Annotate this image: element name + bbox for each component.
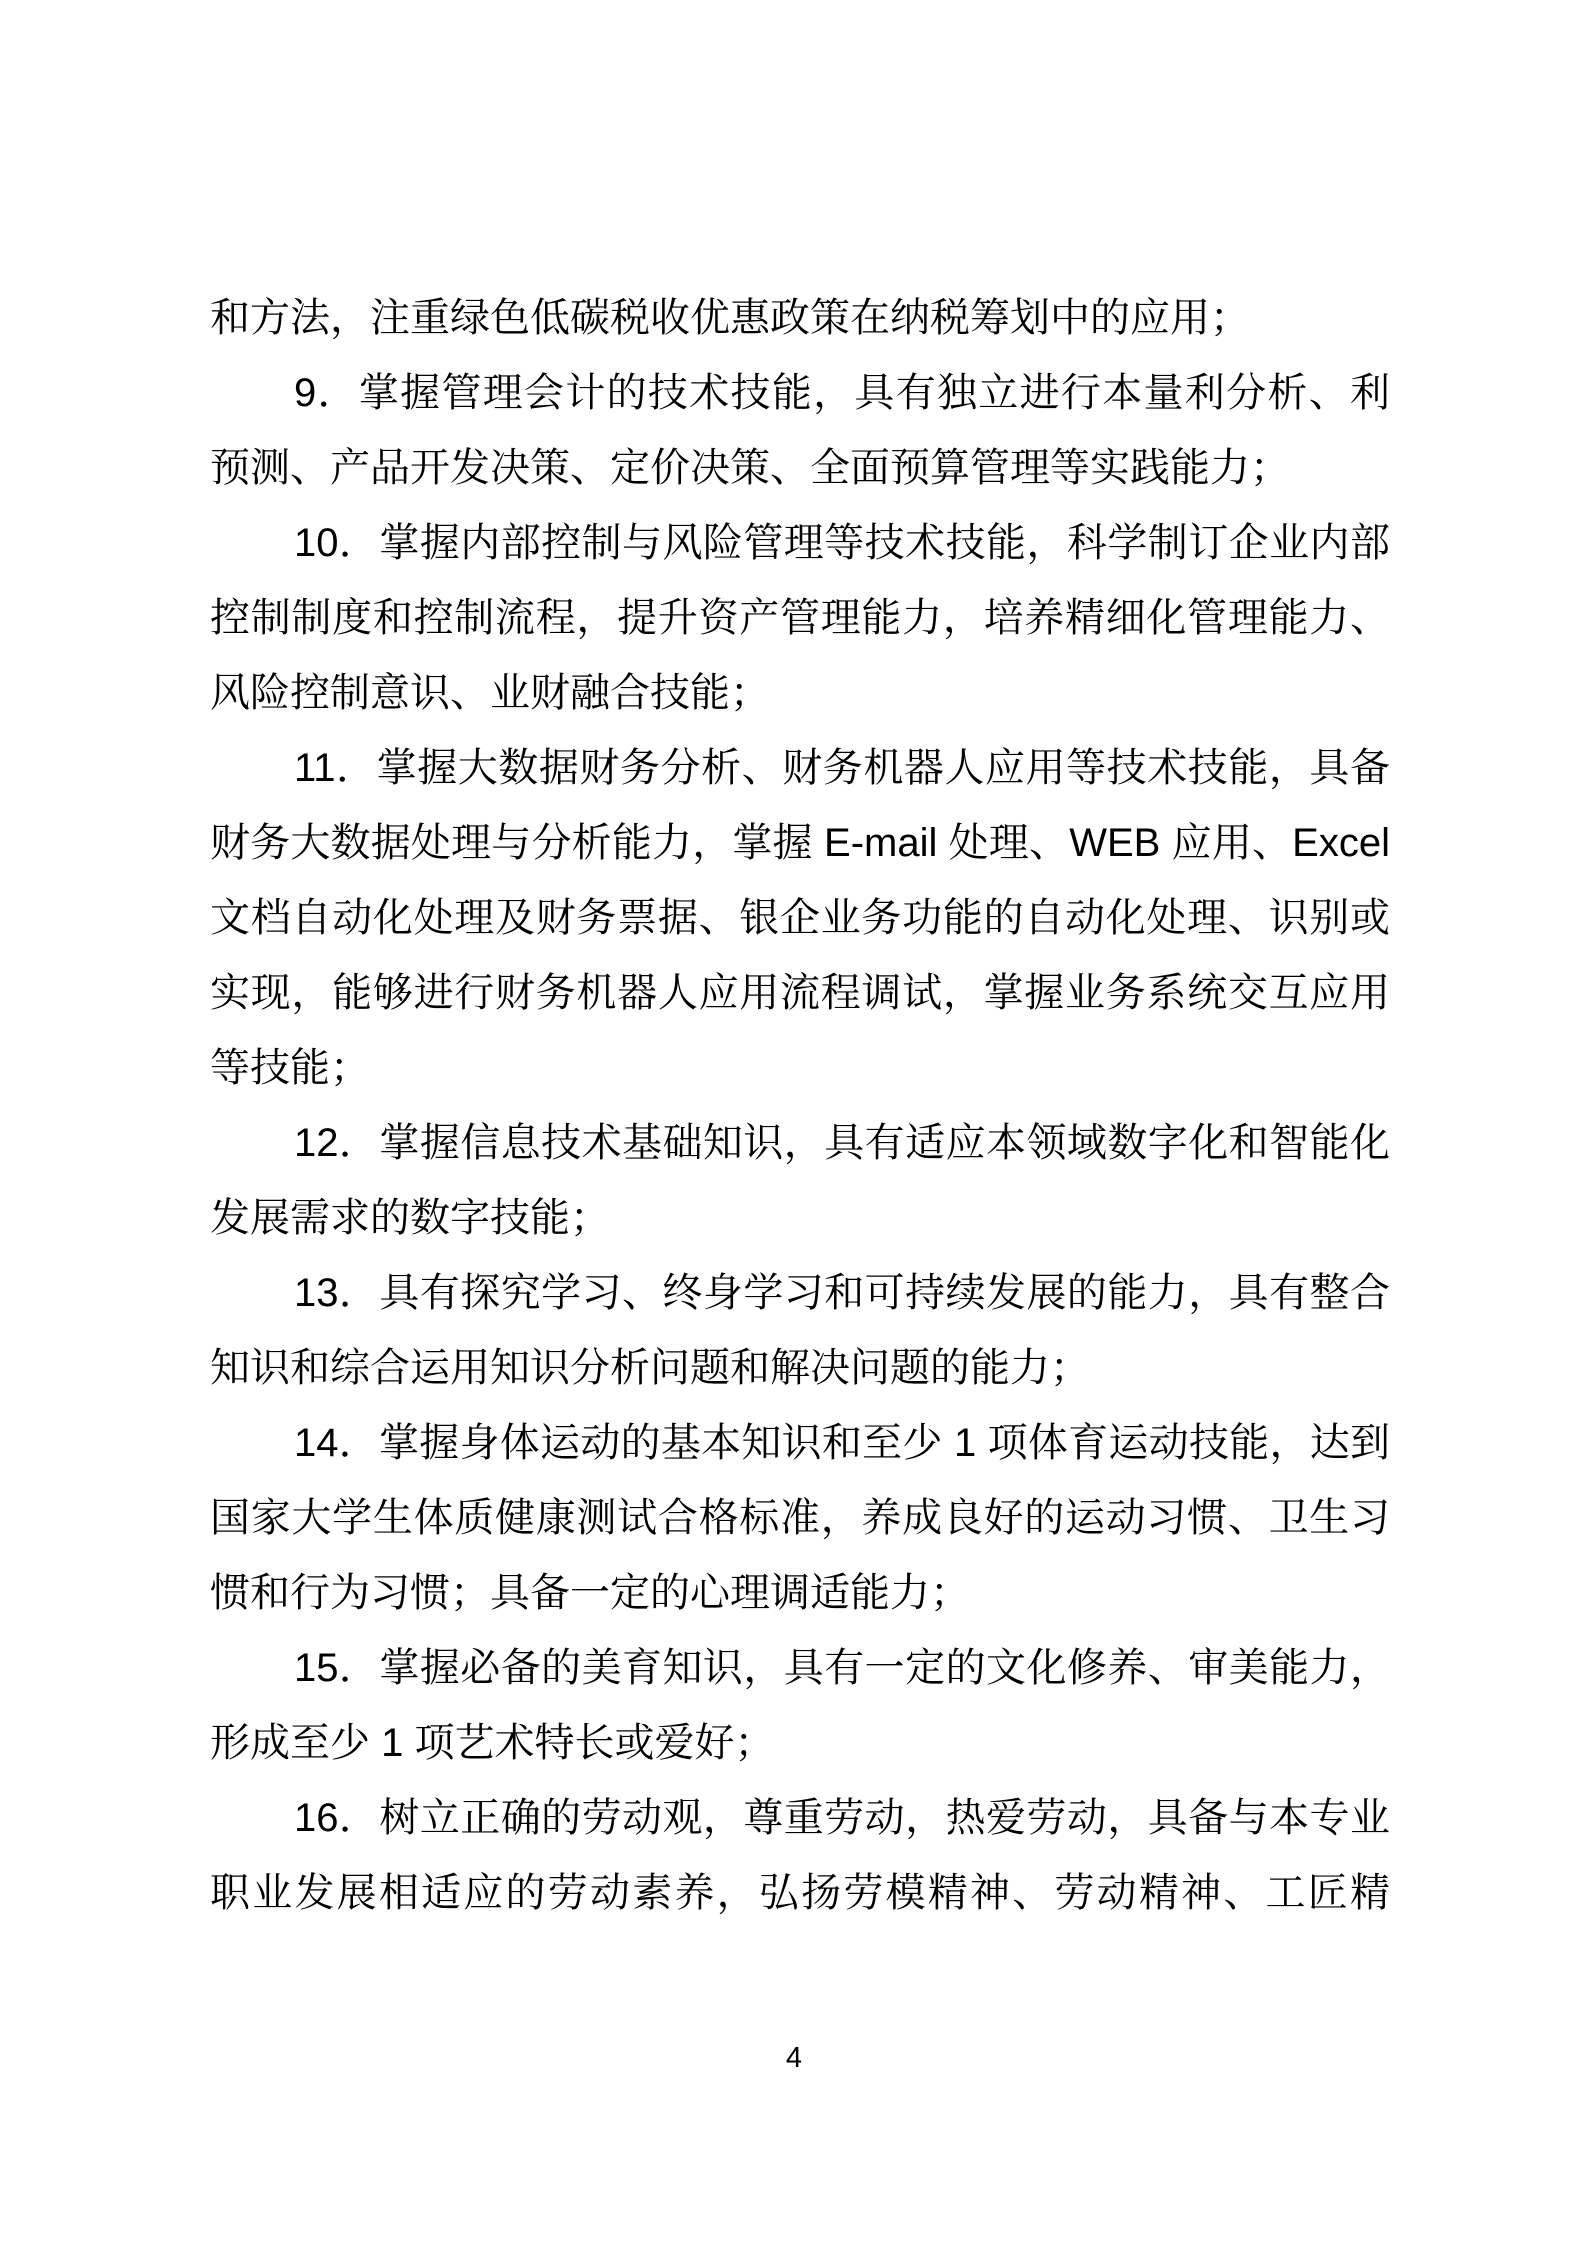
document-line: 14．掌握身体运动的基本知识和至少 1 项体育运动技能，达到 — [210, 1406, 1390, 1481]
document-line: 16．树立正确的劳动观，尊重劳动，热爱劳动，具备与本专业 — [210, 1781, 1390, 1856]
document-line: 惯和行为习惯；具备一定的心理调适能力； — [210, 1556, 1390, 1631]
document-line: 11．掌握大数据财务分析、财务机器人应用等技术技能，具备 — [210, 731, 1390, 806]
document-line: 控制制度和控制流程，提升资产管理能力，培养精细化管理能力、 — [210, 581, 1390, 656]
document-line: 形成至少 1 项艺术特长或爱好； — [210, 1706, 1390, 1781]
document-line: 知识和综合运用知识分析问题和解决问题的能力； — [210, 1331, 1390, 1406]
document-line: 实现，能够进行财务机器人应用流程调试，掌握业务系统交互应用 — [210, 956, 1390, 1031]
document-line: 财务大数据处理与分析能力，掌握 E-mail 处理、WEB 应用、Excel — [210, 806, 1390, 881]
document-line: 发展需求的数字技能； — [210, 1181, 1390, 1256]
document-line: 15．掌握必备的美育知识，具有一定的文化修养、审美能力， — [210, 1631, 1390, 1706]
document-line: 和方法，注重绿色低碳税收优惠政策在纳税筹划中的应用； — [210, 281, 1390, 356]
document-line: 国家大学生体质健康测试合格标准，养成良好的运动习惯、卫生习 — [210, 1481, 1390, 1556]
document-line: 等技能； — [210, 1031, 1390, 1106]
document-page: 和方法，注重绿色低碳税收优惠政策在纳税筹划中的应用； 9．掌握管理会计的技术技能… — [0, 0, 1588, 2245]
document-line: 职业发展相适应的劳动素养，弘扬劳模精神、劳动精神、工匠精神， — [210, 1856, 1390, 1931]
document-line: 预测、产品开发决策、定价决策、全面预算管理等实践能力； — [210, 431, 1390, 506]
page-number: 4 — [0, 2038, 1588, 2078]
document-line: 文档自动化处理及财务票据、银企业务功能的自动化处理、识别或 — [210, 881, 1390, 956]
document-line: 风险控制意识、业财融合技能； — [210, 656, 1390, 731]
document-line: 9．掌握管理会计的技术技能，具有独立进行本量利分析、利润 — [210, 356, 1390, 431]
document-line: 12．掌握信息技术基础知识，具有适应本领域数字化和智能化 — [210, 1106, 1390, 1181]
document-line: 10．掌握内部控制与风险管理等技术技能，科学制订企业内部 — [210, 506, 1390, 581]
document-body: 和方法，注重绿色低碳税收优惠政策在纳税筹划中的应用； 9．掌握管理会计的技术技能… — [210, 281, 1390, 1931]
document-line: 13．具有探究学习、终身学习和可持续发展的能力，具有整合 — [210, 1256, 1390, 1331]
